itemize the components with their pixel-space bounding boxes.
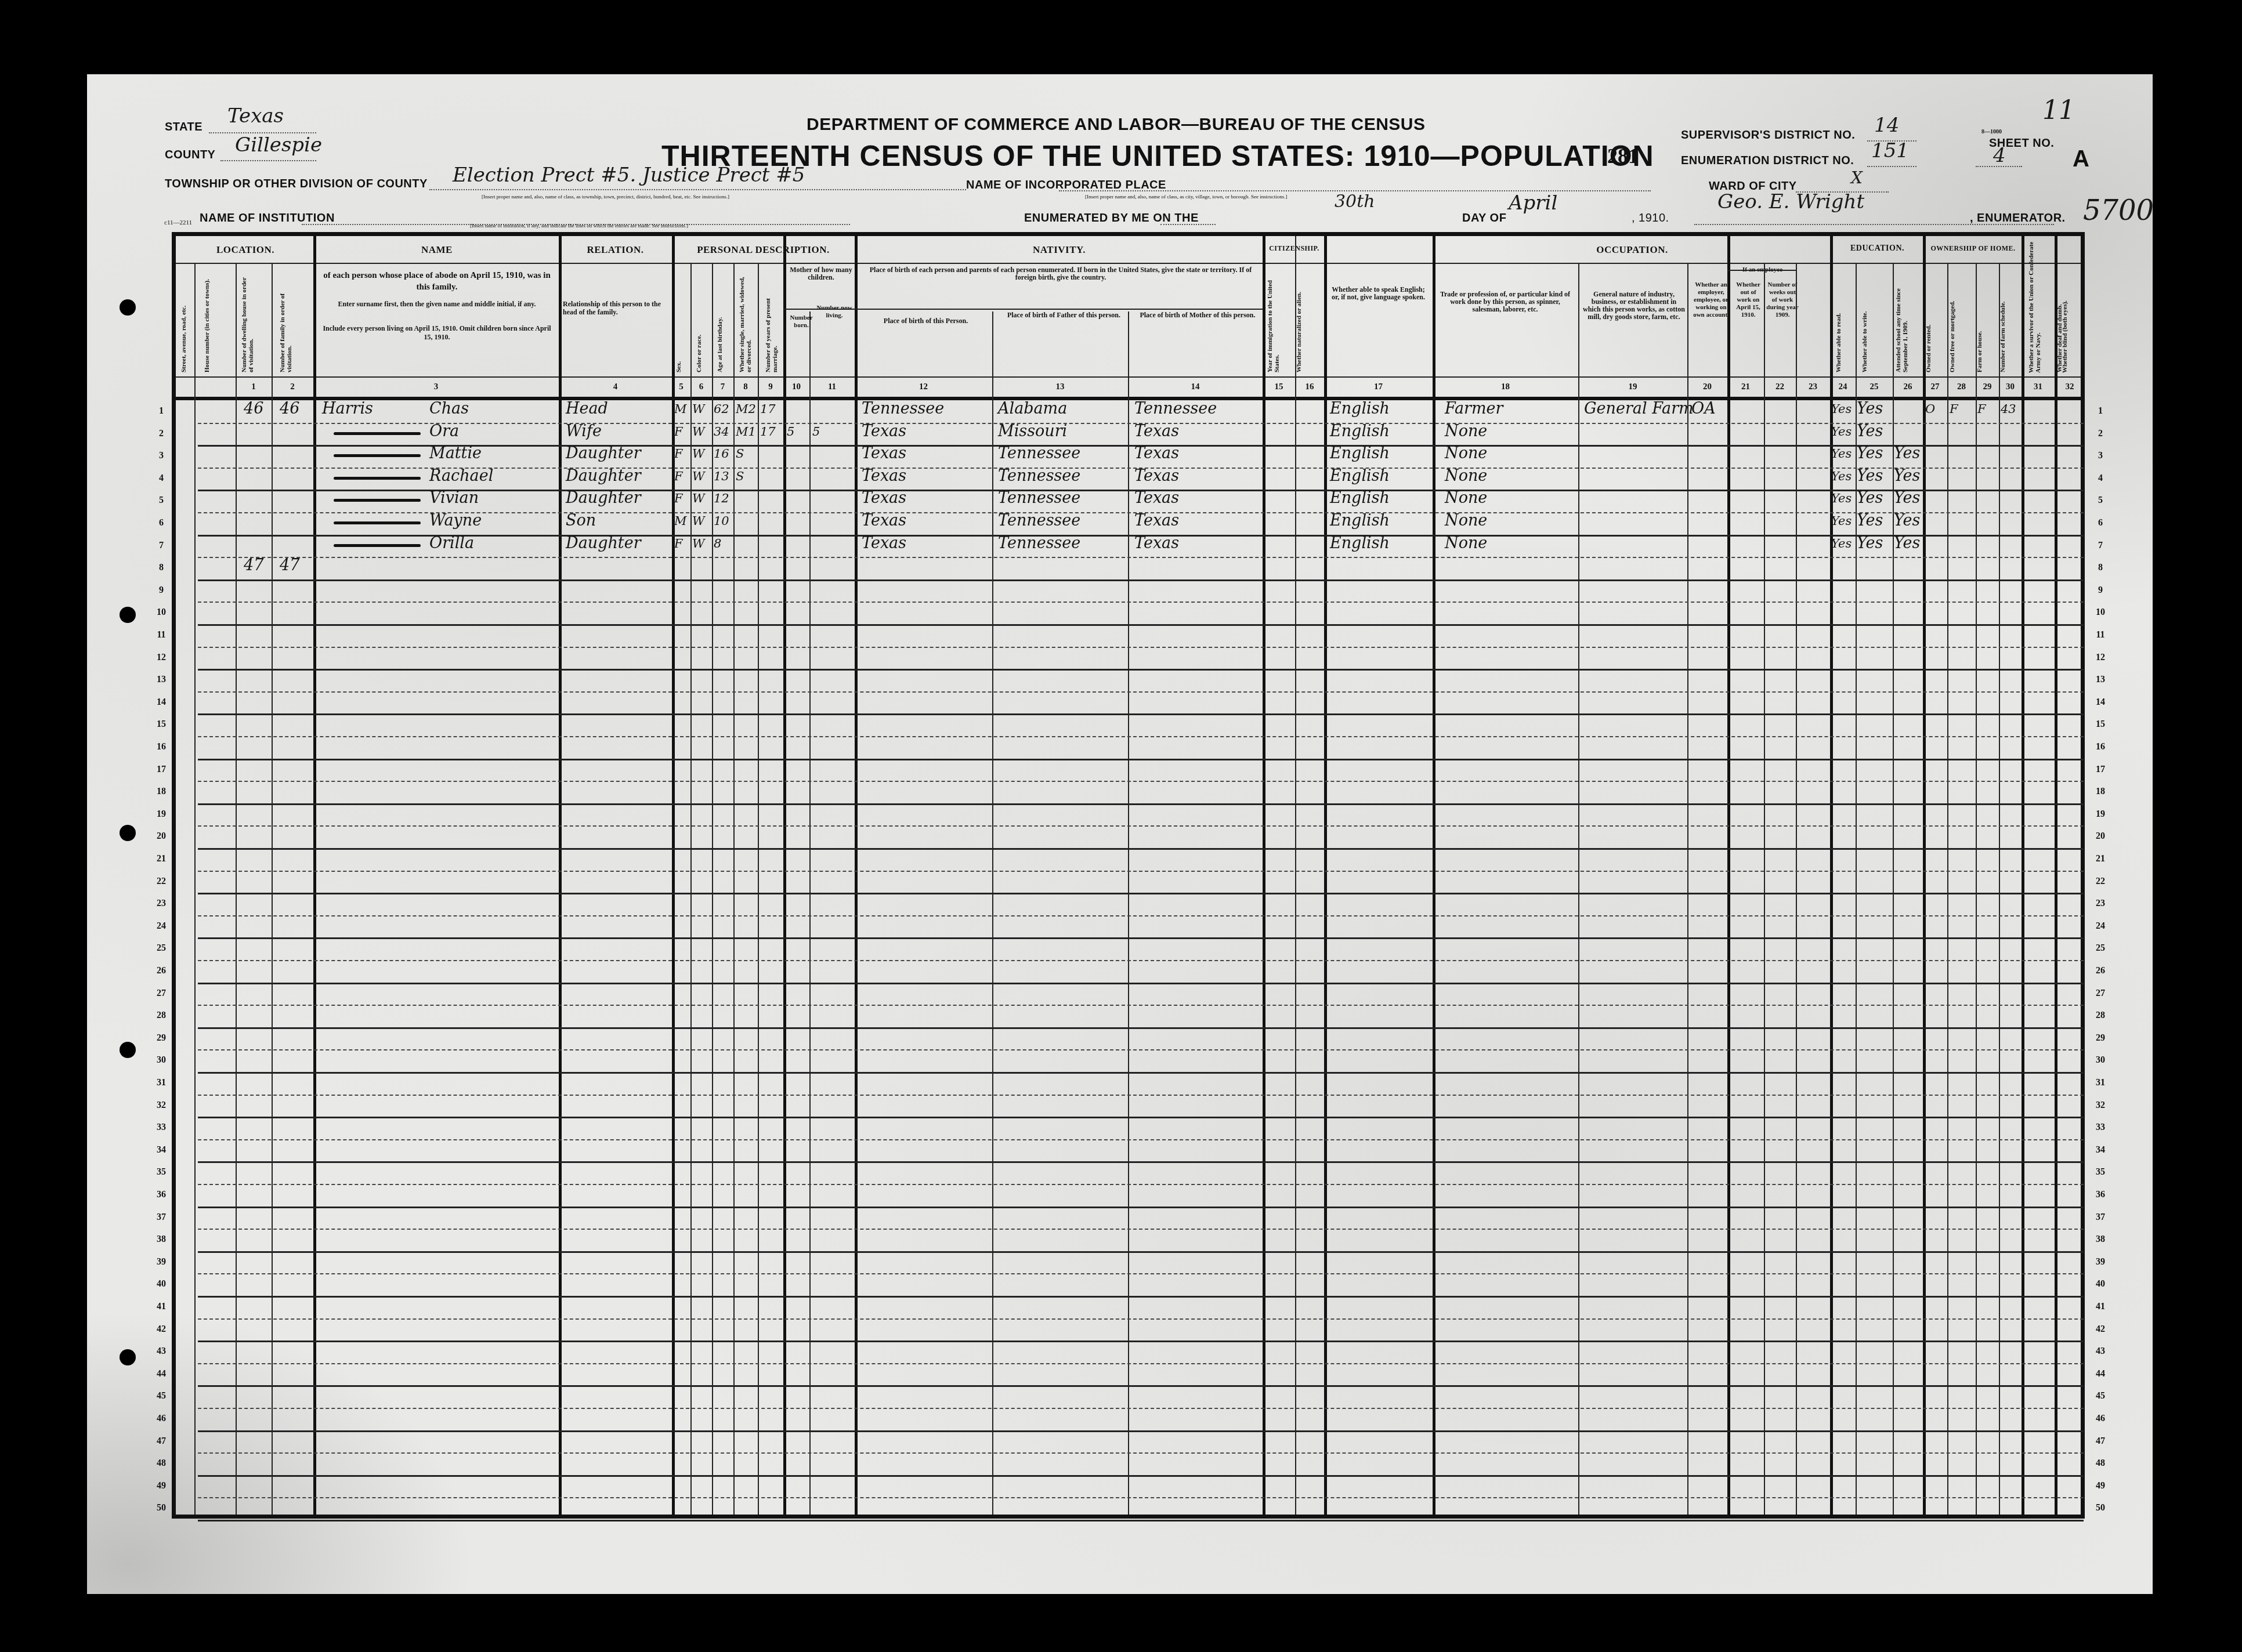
section-occupation: OCCUPATION. <box>1432 244 1832 256</box>
line-number-left: 28 <box>150 1010 173 1021</box>
column-number: 12 <box>855 382 992 392</box>
hdr-relation: Relationship of this person to the head … <box>563 300 667 316</box>
column-divider <box>712 263 713 1515</box>
line-number-right: 20 <box>2089 831 2112 842</box>
line-number-right: 30 <box>2089 1055 2112 1066</box>
line-number-left: 45 <box>150 1391 173 1401</box>
cell-age: 16 <box>714 443 729 465</box>
row-line <box>198 1251 2084 1253</box>
line-number-left: 46 <box>150 1414 173 1424</box>
hdr-marital: Whether single, married, widowed, or div… <box>739 271 760 372</box>
year-label: , 1910. <box>1632 212 1669 225</box>
hdr-weeks-out: Number of weeks out of work during year … <box>1766 281 1799 319</box>
line-number-right: 16 <box>2089 742 2112 752</box>
ward-value: X <box>1851 168 1863 187</box>
line-number-left: 31 <box>150 1078 173 1088</box>
cell-sex: F <box>674 421 683 443</box>
cell-relation: Daughter <box>566 443 641 465</box>
cell-relation: Head <box>566 398 608 420</box>
cell-sex: M <box>674 510 687 532</box>
cell-trade: None <box>1445 510 1487 532</box>
column-divider <box>194 263 196 1515</box>
row-line <box>198 602 2084 603</box>
column-divider <box>1324 236 1327 1515</box>
form-code: c11—2211 <box>164 219 192 226</box>
cell-given-name: Rachael <box>429 465 493 487</box>
row-line <box>198 871 2084 872</box>
column-divider <box>1128 311 1129 1515</box>
cell-given-name: Chas <box>429 398 469 420</box>
hdr-mother-of: Mother of how many children. <box>789 266 853 281</box>
column-divider <box>992 311 993 1515</box>
column-number: 20 <box>1687 382 1727 392</box>
line-number-right: 24 <box>2089 921 2112 932</box>
column-divider <box>1923 236 1926 1515</box>
column-divider <box>809 311 811 1515</box>
hdr-immigration: Year of immigration to the United States… <box>1267 271 1292 372</box>
cell-father-birth: Tennessee <box>998 487 1080 509</box>
cell-trade: None <box>1445 421 1487 443</box>
row-line <box>198 1005 2084 1006</box>
cell-surname: Harris <box>322 398 373 420</box>
cell-given-name: Ora <box>429 421 459 443</box>
line-number-right: 4 <box>2089 473 2112 484</box>
column-number: 2 <box>272 382 313 392</box>
row-line <box>198 937 2084 939</box>
row-line <box>198 1385 2084 1387</box>
cell-mother-birth: Texas <box>1134 421 1179 443</box>
line-number-left: 20 <box>150 831 173 842</box>
enumerator-label: , ENUMERATOR. <box>1970 212 2066 225</box>
column-divider <box>1764 263 1765 1515</box>
row-line <box>198 736 2084 737</box>
hdr-farm-house: Farm or house. <box>1976 271 1996 372</box>
line-number-left: 7 <box>150 541 173 551</box>
cell-relation: Daughter <box>566 465 641 487</box>
cell-english: English <box>1330 532 1390 555</box>
cell-mother-birth: Texas <box>1134 532 1179 555</box>
line-number-right: 11 <box>2089 630 2112 640</box>
hdr-school: Attended school any time since September… <box>1895 271 1921 372</box>
column-number: 22 <box>1764 382 1796 392</box>
column-number: 32 <box>2055 382 2085 392</box>
line-number-left: 25 <box>150 943 173 954</box>
cell-birth: Texas <box>862 510 906 532</box>
row-line <box>198 557 2084 558</box>
line-number-right: 31 <box>2089 1078 2112 1088</box>
column-number: 6 <box>690 382 712 392</box>
punch-hole <box>120 1042 136 1058</box>
enumerated-day: 30th <box>1335 191 1375 212</box>
line-number-left: 36 <box>150 1190 173 1200</box>
cell-english: English <box>1330 487 1390 509</box>
page-stamp: 11 <box>2042 96 2075 125</box>
column-number: 30 <box>1999 382 2022 392</box>
column-divider <box>313 236 316 1515</box>
line-number-right: 44 <box>2089 1369 2112 1379</box>
cell-read: Yes <box>1831 532 1852 555</box>
row-line <box>198 1049 2084 1050</box>
line-number-right: 23 <box>2089 899 2112 909</box>
cell-given-name: Orilla <box>429 532 474 555</box>
ward-line <box>1796 191 1889 193</box>
column-divider <box>758 263 759 1515</box>
cell-father-birth: Tennessee <box>998 510 1080 532</box>
department-title: DEPARTMENT OF COMMERCE AND LABOR—BUREAU … <box>807 115 1426 135</box>
column-divider <box>783 236 786 1515</box>
hdr-trade: Trade or profession of, or particular ki… <box>1436 291 1574 313</box>
line-number-left: 2 <box>150 429 173 439</box>
row-line <box>198 1341 2084 1342</box>
line-number-right: 14 <box>2089 697 2112 708</box>
cell-given-name: Vivian <box>429 487 479 509</box>
row-line <box>198 691 2084 693</box>
line-number-left: 12 <box>150 653 173 663</box>
cell-read: Yes <box>1831 510 1852 532</box>
line-number-left: 8 <box>150 563 173 573</box>
line-number-left: 5 <box>150 495 173 506</box>
hdr-english: Whether able to speak English; or, if no… <box>1328 286 1429 301</box>
column-divider <box>1999 263 2000 1515</box>
cell-read: Yes <box>1831 487 1852 509</box>
line-number-left: 23 <box>150 899 173 909</box>
column-number: 8 <box>733 382 758 392</box>
line-number-right: 10 <box>2089 607 2112 618</box>
column-divider <box>1796 263 1797 1515</box>
section-nativity: NATIVITY. <box>855 244 1264 256</box>
cell-free: F <box>1950 398 1958 420</box>
cell-birth: Texas <box>862 465 906 487</box>
ditto-surname-mark <box>334 477 421 480</box>
column-number: 17 <box>1324 382 1433 392</box>
hdr-employer: Whether an employer, employee, or workin… <box>1693 281 1730 319</box>
column-number: 19 <box>1578 382 1687 392</box>
cell-color: W <box>692 510 705 532</box>
state-value: Texas <box>227 104 284 128</box>
line-number-right: 42 <box>2089 1324 2112 1335</box>
hdr-birth-person: Place of birth of this Person. <box>860 317 991 325</box>
line-number-left: 30 <box>150 1055 173 1066</box>
township-line <box>429 189 966 190</box>
cell-sex: M <box>674 398 687 420</box>
cell-color: W <box>692 532 705 555</box>
column-number: 7 <box>712 382 733 392</box>
cell-color: W <box>692 443 705 465</box>
row-line <box>198 1207 2084 1208</box>
row-line <box>198 848 2084 850</box>
hdr-name-include: Include every person living on April 15,… <box>321 324 553 342</box>
cell-age: 13 <box>714 465 729 487</box>
line-number-right: 36 <box>2089 1190 2112 1200</box>
cell-schedule: 43 <box>2001 398 2016 420</box>
column-number: 14 <box>1128 382 1263 392</box>
cell-owned: O <box>1925 398 1935 420</box>
hdr-naturalized: Whether naturalized or alien. <box>1296 271 1321 372</box>
cell-sex: F <box>674 443 683 465</box>
cell-birth: Tennessee <box>862 398 944 420</box>
cell-marital: M2 <box>736 398 756 420</box>
cell-farm: F <box>1977 398 1986 420</box>
line-number-left: 24 <box>150 921 173 932</box>
line-number-left: 49 <box>150 1481 173 1491</box>
column-divider <box>1687 263 1688 1515</box>
line-number-left: 21 <box>150 854 173 864</box>
line-number-right: 3 <box>2089 451 2112 461</box>
hdr-years-married: Number of years of present marriage. <box>765 271 786 372</box>
cell-dwelling: 46 <box>244 398 263 420</box>
day-of-label: DAY OF <box>1462 212 1506 225</box>
township-label: TOWNSHIP OR OTHER DIVISION OF COUNTY <box>165 177 428 191</box>
hdr-out-of-work: Whether out of work on April 15, 1910. <box>1733 281 1763 319</box>
line-number-right: 19 <box>2089 809 2112 820</box>
row-line <box>198 624 2084 626</box>
cell-given-name: Wayne <box>429 510 482 532</box>
line-number-right: 6 <box>2089 518 2112 528</box>
row-line <box>198 713 2084 715</box>
column-divider <box>1295 236 1296 1515</box>
row-line <box>198 1430 2084 1432</box>
line-number-left: 22 <box>150 876 173 887</box>
line-number-left: 18 <box>150 787 173 797</box>
hdr-color: Color or race. <box>696 288 708 372</box>
cell-color: W <box>692 398 705 420</box>
line-number-left: 13 <box>150 675 173 685</box>
line-number-left: 27 <box>150 988 173 999</box>
hdr-nativity-note: Place of birth of each person and parent… <box>860 266 1261 281</box>
line-number-left: 10 <box>150 607 173 618</box>
line-number-left: 41 <box>150 1302 173 1312</box>
line-number-left: 26 <box>150 966 173 976</box>
cell-relation: Daughter <box>566 487 641 509</box>
hdr-birth-father: Place of birth of Father of this person. <box>999 311 1129 319</box>
line-number-right: 15 <box>2089 719 2112 730</box>
column-divider <box>1433 236 1435 1515</box>
line-number-left: 35 <box>150 1167 173 1178</box>
enumerated-label: ENUMERATED BY ME ON THE <box>1024 212 1199 225</box>
line-number-left: 48 <box>150 1458 173 1469</box>
cell-english: English <box>1330 465 1390 487</box>
cell-living: 5 <box>812 421 820 443</box>
line-number-right: 47 <box>2089 1436 2112 1447</box>
cell-father-birth: Tennessee <box>998 443 1080 465</box>
cell-age: 12 <box>714 487 729 509</box>
cell-trade: None <box>1445 465 1487 487</box>
hdr-deaf: Whether deaf and dumb. <box>2056 241 2080 372</box>
section-education: EDUCATION. <box>1832 244 1922 253</box>
line-number-left: 37 <box>150 1212 173 1223</box>
hdr-farm-schedule: Number of farm schedule. <box>1999 271 2020 372</box>
line-number-right: 38 <box>2089 1234 2112 1245</box>
line-number-left: 17 <box>150 765 173 775</box>
column-number: 29 <box>1976 382 1999 392</box>
line-number-right: 37 <box>2089 1212 2112 1223</box>
column-number: 15 <box>1263 382 1295 392</box>
line-number-right: 8 <box>2089 563 2112 573</box>
cell-english: English <box>1330 510 1390 532</box>
cell-write: Yes <box>1857 532 1883 555</box>
line-number-left: 1 <box>150 406 173 416</box>
column-number: 1 <box>236 382 272 392</box>
enumerated-month: April <box>1509 191 1557 215</box>
institution-label: NAME OF INSTITUTION <box>200 212 335 225</box>
hdr-sex: Sex. <box>675 317 688 372</box>
county-label: COUNTY <box>165 148 215 162</box>
row-line <box>198 960 2084 961</box>
line-number-right: 27 <box>2089 988 2112 999</box>
column-divider <box>559 236 562 1515</box>
cell-mother-birth: Texas <box>1134 465 1179 487</box>
section-citizenship: CITIZENSHIP. <box>1264 244 1325 253</box>
cell-marital: S <box>736 465 744 487</box>
line-number-left: 9 <box>150 585 173 596</box>
row-line <box>198 1318 2084 1320</box>
header-subdivider <box>783 309 855 310</box>
sheet-value: 4 <box>1993 144 2006 167</box>
line-number-left: 29 <box>150 1033 173 1044</box>
section-location: LOCATION. <box>176 244 315 256</box>
column-divider <box>1727 236 1730 1515</box>
cell-age: 10 <box>714 510 729 532</box>
hdr-number-living: Number now living. <box>815 305 854 320</box>
line-number-right: 17 <box>2089 765 2112 775</box>
state-label: STATE <box>165 121 202 134</box>
line-number-right: 48 <box>2089 1458 2112 1469</box>
sheet-side: A <box>2073 146 2089 172</box>
row-line <box>198 1072 2084 1074</box>
cell-english: English <box>1330 421 1390 443</box>
cell-birth: Texas <box>862 443 906 465</box>
row-line <box>198 893 2084 894</box>
line-number-left: 47 <box>150 1436 173 1447</box>
row-line <box>198 1475 2084 1477</box>
cell-write: Yes <box>1857 465 1883 487</box>
hdr-free-mortgaged: Owned free or mortgaged. <box>1949 271 1972 372</box>
row-line <box>198 1520 2084 1521</box>
cell-dwelling: 47 <box>244 555 263 577</box>
line-number-right: 41 <box>2089 1302 2112 1312</box>
line-number-right: 29 <box>2089 1033 2112 1044</box>
line-number-left: 38 <box>150 1234 173 1245</box>
line-number-right: 46 <box>2089 1414 2112 1424</box>
row-line <box>198 1452 2084 1454</box>
cell-birth: Texas <box>862 532 906 555</box>
row-line <box>198 803 2084 805</box>
punch-hole <box>120 607 136 623</box>
ditto-surname-mark <box>334 454 421 457</box>
line-number-left: 4 <box>150 473 173 484</box>
row-line <box>198 1184 2084 1185</box>
hdr-family: Number of family in order of visitation. <box>279 271 308 372</box>
line-number-right: 7 <box>2089 541 2112 551</box>
row-line <box>198 1117 2084 1118</box>
cell-relation: Daughter <box>566 532 641 555</box>
hdr-read: Whether able to read. <box>1835 271 1856 372</box>
line-number-left: 19 <box>150 809 173 820</box>
column-number: 5 <box>672 382 690 392</box>
column-number: 11 <box>809 382 855 392</box>
row-line <box>198 669 2084 671</box>
row-line <box>198 781 2084 782</box>
row-line <box>198 1363 2084 1364</box>
line-number-left: 39 <box>150 1257 173 1267</box>
row-line <box>198 1095 2084 1096</box>
cell-father-birth: Alabama <box>998 398 1067 420</box>
incorporated-note: [Insert proper name and, also, name of c… <box>1085 194 1288 200</box>
section-ownership: OWNERSHIP OF HOME. <box>1922 244 2024 253</box>
row-line <box>198 1161 2084 1163</box>
row-line <box>198 1139 2084 1140</box>
cell-mother-birth: Texas <box>1134 443 1179 465</box>
line-number-right: 35 <box>2089 1167 2112 1178</box>
form-number: 281 <box>1607 144 1639 168</box>
cell-given-name: Mattie <box>429 443 482 465</box>
section-name: NAME <box>315 244 559 256</box>
line-number-right: 5 <box>2089 495 2112 506</box>
cell-school: Yes <box>1894 465 1920 487</box>
column-number: 31 <box>2022 382 2055 392</box>
cell-marital: M1 <box>736 421 756 443</box>
cell-english: English <box>1330 398 1390 420</box>
line-number-right: 13 <box>2089 675 2112 685</box>
row-line <box>198 1408 2084 1409</box>
column-divider <box>1947 263 1948 1515</box>
ditto-surname-mark <box>334 544 421 547</box>
header-subdivider <box>1727 270 1796 271</box>
row-line <box>198 825 2084 827</box>
hdr-name-enter: Enter surname first, then the given name… <box>321 300 553 309</box>
column-divider <box>1976 263 1977 1515</box>
row-line <box>198 647 2084 648</box>
form-code-right: 8—1000 <box>1981 129 2002 135</box>
column-number: 4 <box>559 382 672 392</box>
cell-trade: None <box>1445 443 1487 465</box>
line-number-right: 21 <box>2089 854 2112 864</box>
column-number: 9 <box>758 382 783 392</box>
hdr-industry: General nature of industry, business, or… <box>1582 291 1686 321</box>
row-line <box>198 1229 2084 1230</box>
cell-trade: None <box>1445 532 1487 555</box>
line-number-left: 16 <box>150 742 173 752</box>
township-note: [Insert proper name and, also, name of c… <box>482 194 729 200</box>
column-number: 3 <box>313 382 559 392</box>
line-number-left: 6 <box>150 518 173 528</box>
column-number: 10 <box>783 382 809 392</box>
cell-read: Yes <box>1831 421 1852 443</box>
cell-age: 8 <box>714 532 721 555</box>
ward-label: WARD OF CITY <box>1709 180 1797 193</box>
punch-hole <box>120 1349 136 1365</box>
column-number: 24 <box>1830 382 1856 392</box>
column-number: 28 <box>1947 382 1976 392</box>
column-number: 27 <box>1923 382 1947 392</box>
hdr-name-main: of each person whose place of abode on A… <box>321 270 553 293</box>
line-number-right: 50 <box>2089 1503 2112 1513</box>
column-number: 16 <box>1295 382 1324 392</box>
line-number-right: 49 <box>2089 1481 2112 1491</box>
line-number-left: 42 <box>150 1324 173 1335</box>
cell-school: Yes <box>1894 487 1920 509</box>
line-number-right: 22 <box>2089 876 2112 887</box>
section-divider <box>176 263 2081 264</box>
cell-write: Yes <box>1857 443 1883 465</box>
line-number-right: 18 <box>2089 787 2112 797</box>
line-number-right: 43 <box>2089 1346 2112 1357</box>
column-number: 25 <box>1856 382 1893 392</box>
line-number-right: 32 <box>2089 1100 2112 1111</box>
row-line <box>198 1027 2084 1029</box>
column-divider <box>733 263 735 1515</box>
cell-sex: F <box>674 487 683 509</box>
